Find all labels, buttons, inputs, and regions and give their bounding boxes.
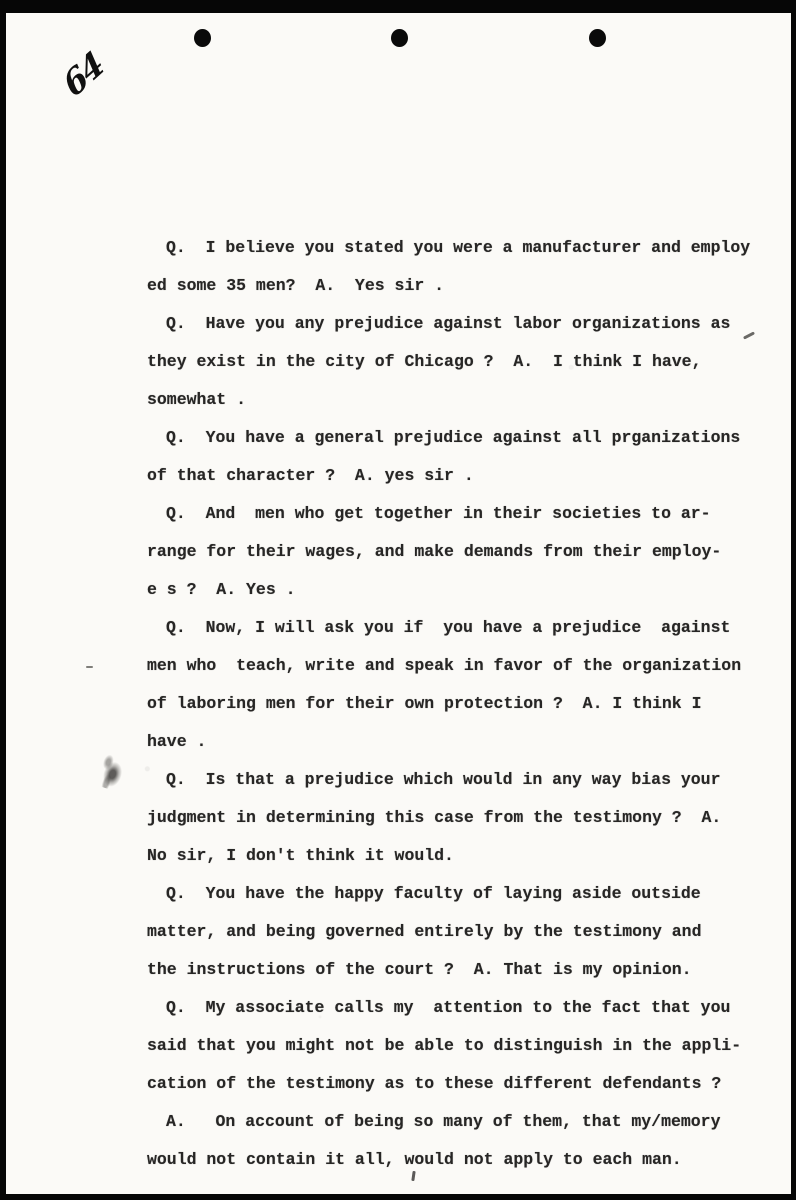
- transcript-line: judgment in determining this case from t…: [147, 799, 750, 837]
- transcript-line: of that character ? A. yes sir .: [147, 457, 750, 495]
- transcript-line: matter, and being governed entirely by t…: [147, 913, 750, 951]
- transcript-line: Q. My associate calls my attention to th…: [147, 989, 750, 1027]
- transcript-line: said that you might not be able to disti…: [147, 1027, 750, 1065]
- ink-smudge: [95, 752, 126, 791]
- transcript-line: somewhat .: [147, 381, 750, 419]
- transcript-line: Q. You have a general prejudice against …: [147, 419, 750, 457]
- binder-hole: [589, 29, 606, 47]
- transcript-line: e s ? A. Yes .: [147, 571, 750, 609]
- scanned-document-page: 64 Q. I believe you stated you were a ma…: [0, 0, 796, 1200]
- transcript-line: of laboring men for their own protection…: [147, 685, 750, 723]
- transcript-line: Q. Is that a prejudice which would in an…: [147, 761, 750, 799]
- handwritten-page-number: 64: [56, 44, 109, 105]
- transcript-line: ed some 35 men? A. Yes sir .: [147, 267, 750, 305]
- transcript-line: A. On account of being so many of them, …: [147, 1103, 750, 1141]
- transcript-line: range for their wages, and make demands …: [147, 533, 750, 571]
- paper: 64 Q. I believe you stated you were a ma…: [6, 13, 791, 1194]
- binder-hole: [194, 29, 211, 47]
- transcript-line: they exist in the city of Chicago ? A. I…: [147, 343, 750, 381]
- transcript-line: Q. Now, I will ask you if you have a pre…: [147, 609, 750, 647]
- transcript-line: Q. You have the happy faculty of laying …: [147, 875, 750, 913]
- transcript-line: No sir, I don't think it would.: [147, 837, 750, 875]
- transcript-line: Q. I believe you stated you were a manuf…: [147, 229, 750, 267]
- transcript-line: have .: [147, 723, 750, 761]
- ink-smudge: [86, 666, 93, 668]
- transcript-line: men who teach, write and speak in favor …: [147, 647, 750, 685]
- transcript-line: Q. And men who get together in their soc…: [147, 495, 750, 533]
- transcript-line: cation of the testimony as to these diff…: [147, 1065, 750, 1103]
- binder-hole: [391, 29, 408, 47]
- transcript-line: the instructions of the court ? A. That …: [147, 951, 750, 989]
- transcript-line: would not contain it all, would not appl…: [147, 1141, 750, 1179]
- transcript-line: Q. Have you any prejudice against labor …: [147, 305, 750, 343]
- transcript-text: Q. I believe you stated you were a manuf…: [147, 229, 750, 1179]
